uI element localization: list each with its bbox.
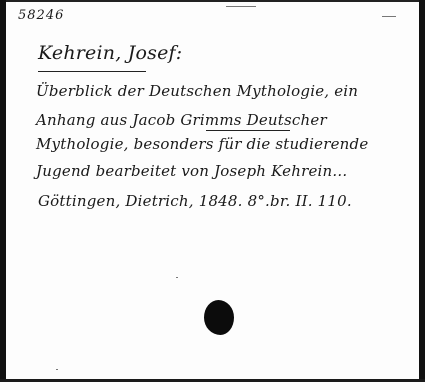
catalog-card: 58246 Kehrein, Josef: Überblick der Deut… xyxy=(6,2,419,379)
scan-speck xyxy=(226,6,256,7)
grimms-underline xyxy=(206,130,290,131)
author-heading: Kehrein, Josef: xyxy=(38,42,182,64)
scan-speck xyxy=(176,277,178,278)
title-line-2: Anhang aus Jacob Grimms Deutscher xyxy=(36,111,327,129)
author-underline xyxy=(38,71,146,72)
imprint-line: Göttingen, Dietrich, 1848. 8°.br. II. 11… xyxy=(38,192,352,210)
call-number: 58246 xyxy=(18,8,64,23)
hole-punch xyxy=(204,300,234,335)
title-line-1: Überblick der Deutschen Mythologie, ein xyxy=(36,82,358,100)
scan-border-bottom xyxy=(0,379,425,382)
scan-speck xyxy=(382,16,396,17)
title-line-3: Mythologie, besonders für die studierend… xyxy=(36,135,368,153)
scan-border-right xyxy=(419,0,425,380)
scanned-catalog-card-image: 58246 Kehrein, Josef: Überblick der Deut… xyxy=(0,0,425,390)
scan-speck xyxy=(56,369,58,370)
title-line-4: Jugend bearbeitet von Joseph Kehrein... xyxy=(36,162,347,180)
